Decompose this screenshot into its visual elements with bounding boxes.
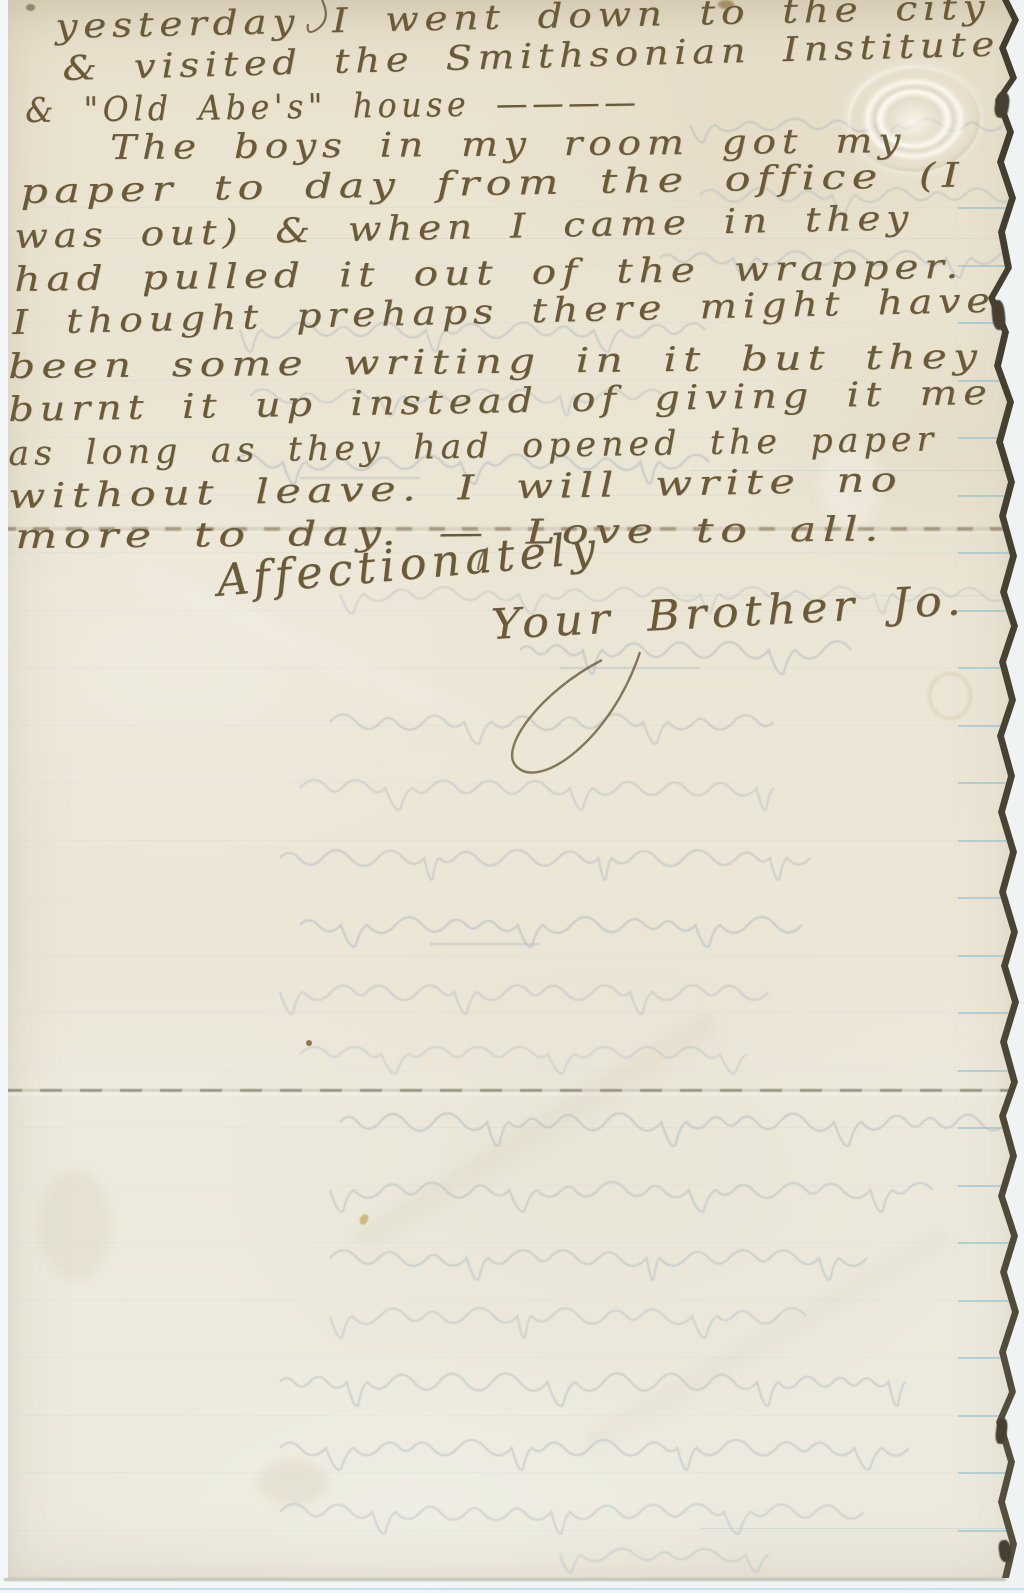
scanned-letter: yesterday I went down to the city & visi… <box>0 0 1024 1593</box>
paper-bottom-edge <box>4 1578 1006 1581</box>
letter-line: & "Old Abe's" house ———— <box>25 85 641 128</box>
letter-page: yesterday I went down to the city & visi… <box>0 0 1024 1580</box>
scanner-ruled-line <box>0 1588 1024 1590</box>
